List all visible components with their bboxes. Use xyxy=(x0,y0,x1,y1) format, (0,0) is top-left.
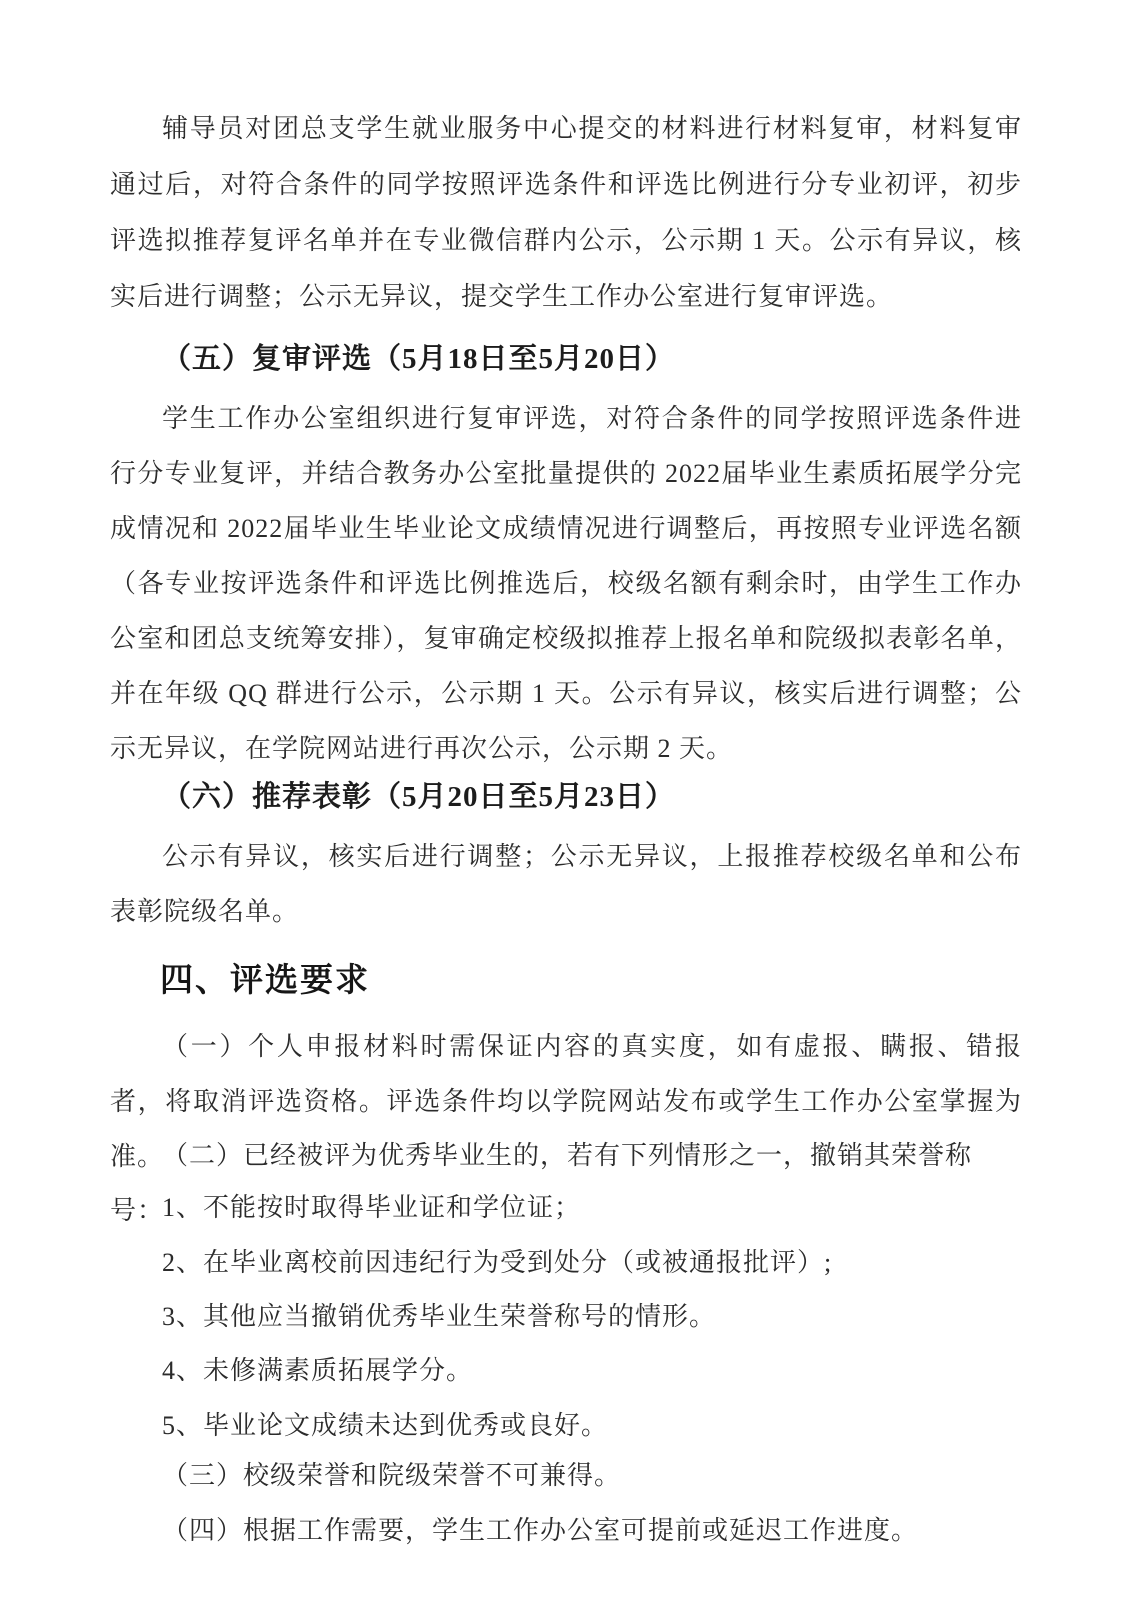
paragraph-review-selection-detail: 学生工作办公室组织进行复审评选，对符合条件的同学按照评选条件进行分专业复评，并结… xyxy=(110,391,1022,776)
list-item-2-discipline: 2、在毕业离校前因违纪行为受到处分（或被通报批评）; xyxy=(110,1236,1022,1290)
heading-section-4-selection-requirements: 四、评选要求 xyxy=(110,950,1022,1010)
heading-section-6-recommend-commend: （六）推荐表彰（5月20日至5月23日） xyxy=(110,769,1022,826)
document-page: 辅导员对团总支学生就业服务中心提交的材料进行材料复审，材料复审通过后，对符合条件… xyxy=(0,0,1131,1600)
list-item-1-no-diploma: 1、不能按时取得毕业证和学位证； xyxy=(110,1181,1022,1235)
list-item-5-thesis-grade: 5、毕业论文成绩未达到优秀或良好。 xyxy=(110,1399,1022,1453)
paragraph-recommend-commend: 公示有异议，核实后进行调整；公示无异议，上报推荐校级名单和公布表彰院级名单。 xyxy=(110,829,1022,939)
heading-section-5-review-selection: （五）复审评选（5月18日至5月20日） xyxy=(110,331,1022,388)
list-item-3-other-revoke: 3、其他应当撤销优秀毕业生荣誉称号的情形。 xyxy=(110,1290,1022,1344)
paragraph-material-review: 辅导员对团总支学生就业服务中心提交的材料进行材料复审，材料复审通过后，对符合条件… xyxy=(110,101,1022,325)
list-item-4-credits: 4、未修满素质拓展学分。 xyxy=(110,1344,1022,1398)
paragraph-requirement-3: （三）校级荣誉和院级荣誉不可兼得。 xyxy=(110,1448,1022,1503)
paragraph-requirement-4: （四）根据工作需要，学生工作办公室可提前或延迟工作进度。 xyxy=(110,1503,1022,1558)
